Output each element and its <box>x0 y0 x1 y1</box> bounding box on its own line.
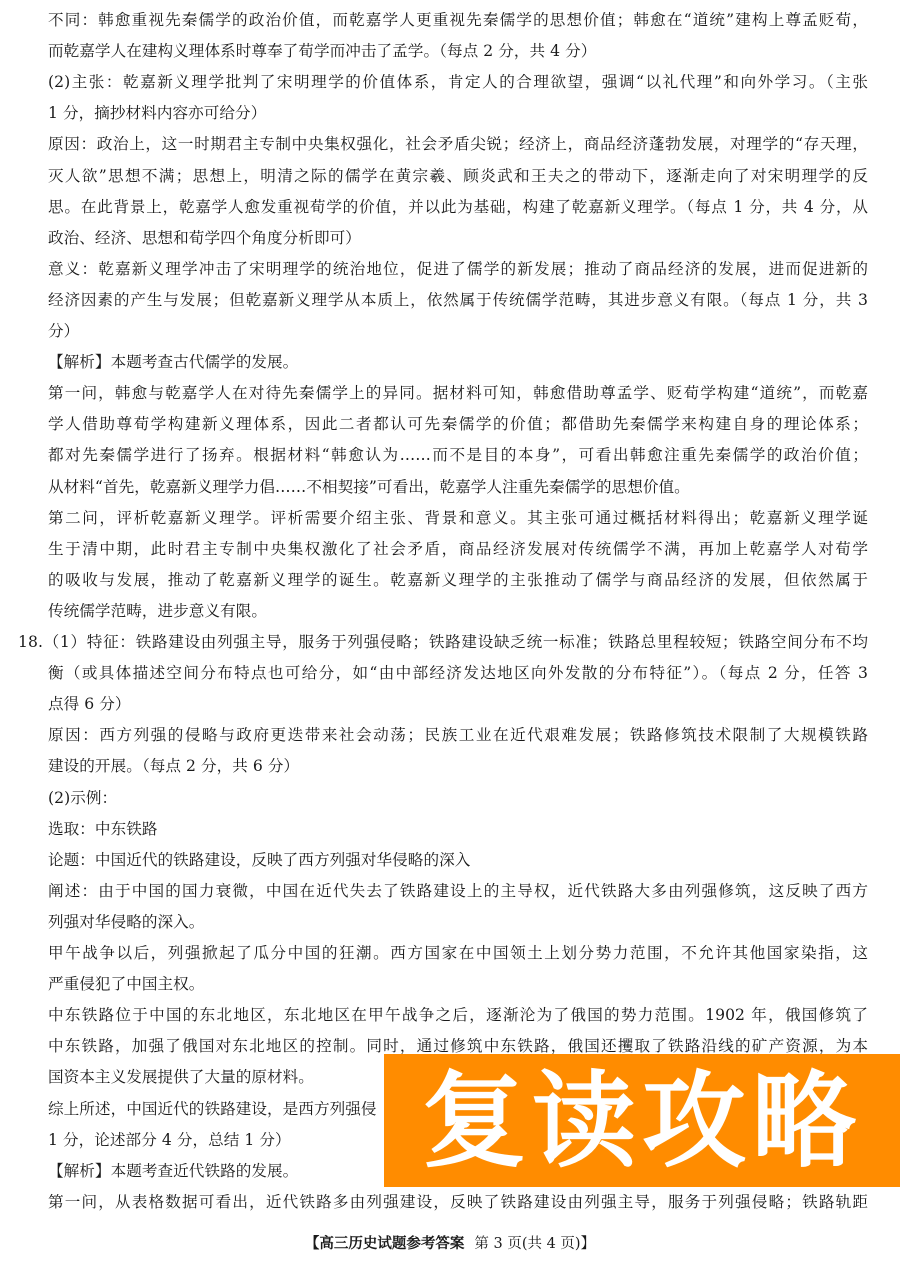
answer-key-page: 不同：韩愈重视先秦儒学的政治价值，而乾嘉学人更重视先秦儒学的思想价值；韩愈在“道… <box>0 0 900 1276</box>
page-footer: 【高三历史试题参考答案第 3 页(共 4 页)】 <box>0 1233 900 1255</box>
text-line: 阐述：由于中国的国力衰微，中国在近代失去了铁路建设上的主导权，近代铁路大多由列强… <box>48 879 868 903</box>
text-line: 而乾嘉学人在建构义理体系时尊奉了荀学而冲击了孟学。（每点 2 分，共 4 分） <box>48 39 868 63</box>
footer-title: 【高三历史试题参考答案 <box>305 1236 465 1252</box>
text-line: 建设的开展。（每点 2 分，共 6 分） <box>48 754 868 778</box>
text-line: 点得 6 分） <box>48 692 868 716</box>
footer-page-number: 第 3 页(共 4 页)】 <box>474 1236 595 1252</box>
text-line: (2)示例： <box>48 786 868 810</box>
text-line: 从材料“首先，乾嘉新义理学力倡……不相契接”可看出，乾嘉学人注重先秦儒学的思想价… <box>48 475 868 499</box>
text-line: 甲午战争以后，列强掀起了瓜分中国的狂潮。西方国家在中国领土上划分势力范围，不允许… <box>48 941 868 965</box>
text-line: 第一问，从表格数据可看出，近代铁路多由列强建设，反映了铁路建设由列强主导，服务于… <box>48 1190 868 1214</box>
text-line: 1 分，摘抄材料内容亦可给分） <box>48 101 868 125</box>
text-line: 灭人欲”思想不满；思想上，明清之际的儒学在黄宗羲、顾炎武和王夫之的带动下，逐渐走… <box>48 164 868 188</box>
text-line: 分） <box>48 319 868 343</box>
text-line: 的吸收与发展，推动了乾嘉新义理学的诞生。乾嘉新义理学的主张推动了儒学与商品经济的… <box>48 568 868 592</box>
text-line: 学人借助尊荀学构建新义理体系，因此二者都认可先秦儒学的价值；都借助先秦儒学来构建… <box>48 412 868 436</box>
text-line: 思。在此背景上，乾嘉学人愈发重视荀学的价值，并以此为基础，构建了乾嘉新义理学。（… <box>48 195 868 219</box>
text-line: 中东铁路位于中国的东北地区，东北地区在甲午战争之后，逐渐沦为了俄国的势力范围。1… <box>48 1003 868 1027</box>
text-line: 都对先秦儒学进行了扬弃。根据材料“韩愈认为……而不是目的本身”，可看出韩愈注重先… <box>48 443 868 467</box>
text-line: 列强对华侵略的深入。 <box>48 910 868 934</box>
text-line: 原因：政治上，这一时期君主专制中央集权强化，社会矛盾尖锐；经济上，商品经济蓬勃发… <box>48 132 868 156</box>
text-line: 意义：乾嘉新义理学冲击了宋明理学的统治地位，促进了儒学的新发展；推动了商品经济的… <box>48 257 868 281</box>
text-line: (2)主张：乾嘉新义理学批判了宋明理学的价值体系，肯定人的合理欲望，强调“以礼代… <box>48 70 868 94</box>
watermark-banner: 复读攻略 <box>384 1054 900 1187</box>
text-line: 第二问，评析乾嘉新义理学。评析需要介绍主张、背景和意义。其主张可通过概括材料得出… <box>48 506 868 530</box>
text-line: 生于清中期，此时君主专制中央集权激化了社会矛盾，商品经济发展对传统儒学不满，再加… <box>48 537 868 561</box>
text-line: 衡（或具体描述空间分布特点也可给分，如“由中部经济发达地区向外发散的分布特征”）… <box>48 661 868 685</box>
text-line: 政治、经济、思想和荀学四个角度分析即可） <box>48 226 868 250</box>
text-line: 第一问，韩愈与乾嘉学人在对待先秦儒学上的异同。据材料可知，韩愈借助尊孟学、贬荀学… <box>48 381 868 405</box>
text-line: 选取：中东铁路 <box>48 817 868 841</box>
text-line: 不同：韩愈重视先秦儒学的政治价值，而乾嘉学人更重视先秦儒学的思想价值；韩愈在“道… <box>48 8 868 32</box>
text-line: 传统儒学范畴，进步意义有限。 <box>48 599 868 623</box>
text-line: 严重侵犯了中国主权。 <box>48 972 868 996</box>
text-line: 18.（1）特征：铁路建设由列强主导，服务于列强侵略；铁路建设缺乏统一标准；铁路… <box>18 630 868 654</box>
watermark-text: 复读攻略 <box>422 1069 862 1173</box>
text-line: 经济因素的产生与发展；但乾嘉新义理学从本质上，依然属于传统儒学范畴，其进步意义有… <box>48 288 868 312</box>
text-line: 论题：中国近代的铁路建设，反映了西方列强对华侵略的深入 <box>48 848 868 872</box>
text-line: 原因：西方列强的侵略与政府更迭带来社会动荡；民族工业在近代艰难发展；铁路修筑技术… <box>48 723 868 747</box>
text-line: 【解析】本题考查古代儒学的发展。 <box>48 350 868 374</box>
